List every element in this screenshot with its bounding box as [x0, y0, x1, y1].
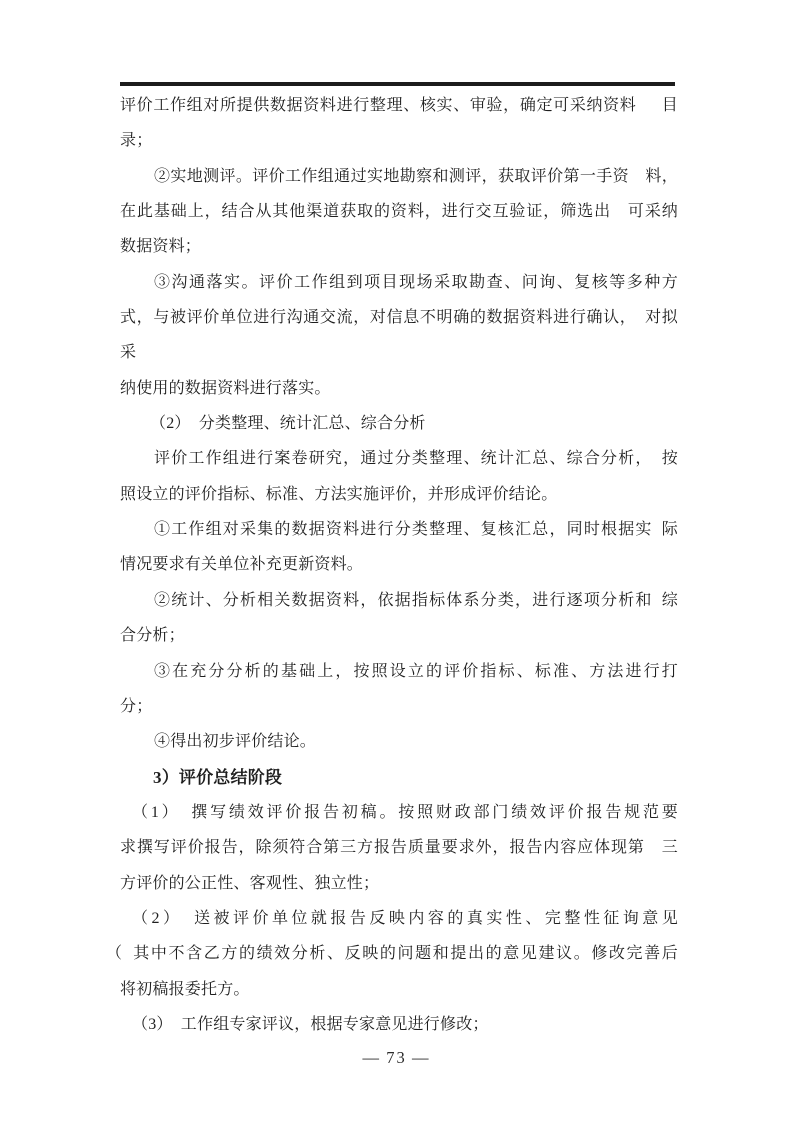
text-line: ②统计、分析相关数据资料，依据指标体系分类，进行逐项分析和 综 [120, 583, 678, 618]
text-line: 评价工作组对所提供数据资料进行整理、核实、审验，确定可采纳资料 目 [120, 88, 678, 123]
text-line: ①工作组对采集的数据资料进行分类整理、复核汇总，同时根据实 际 [120, 512, 678, 547]
text-line: ③在充分分析的基础上，按照设立的评价指标、标准、方法进行打 [120, 654, 678, 689]
text-line: （2） 分类整理、统计汇总、综合分析 [120, 406, 678, 441]
text-line: （3） 工作组专家评议，根据专家意见进行修改； [120, 1007, 678, 1042]
text-line: 录； [120, 123, 678, 158]
text-line: 式，与被评价单位进行沟通交流，对信息不明确的数据资料进行确认， 对拟采 [120, 300, 678, 371]
text-line: 数据资料； [120, 229, 678, 264]
text-line: （ 其中不含乙方的绩效分析、反映的问题和提出的意见建议。修改完善后 [106, 936, 678, 971]
text-line: 情况要求有关单位补充更新资料。 [120, 547, 678, 582]
text-line: （2） 送被评价单位就报告反映内容的真实性、完整性征询意见 [120, 901, 678, 936]
text-line: 照设立的评价指标、标准、方法实施评价，并形成评价结论。 [120, 477, 678, 512]
text-line: 在此基础上，结合从其他渠道获取的资料，进行交互验证，筛选出 可采纳 [120, 194, 678, 229]
text-line: 求撰写评价报告，除须符合第三方报告质量要求外，报告内容应体现第 三 [120, 830, 678, 865]
header-rule [120, 82, 675, 86]
text-line: 方评价的公正性、客观性、独立性； [120, 866, 678, 901]
section-heading: 3）评价总结阶段 [120, 760, 678, 795]
text-line: 评价工作组进行案卷研究，通过分类整理、统计汇总、综合分析， 按 [120, 441, 678, 476]
text-line: 纳使用的数据资料进行落实。 [120, 371, 678, 406]
text-line: ③沟通落实。评价工作组到项目现场采取勘查、问询、复核等多种方 [120, 265, 678, 300]
document-body: 评价工作组对所提供数据资料进行整理、核实、审验，确定可采纳资料 目录；②实地测评… [120, 88, 678, 1042]
page-number: — 73 — [0, 1048, 793, 1068]
text-line: 分； [120, 689, 678, 724]
document-page: 评价工作组对所提供数据资料进行整理、核实、审验，确定可采纳资料 目录；②实地测评… [0, 0, 793, 1122]
text-line: 将初稿报委托方。 [120, 972, 678, 1007]
text-line: （1） 撰写绩效评价报告初稿。按照财政部门绩效评价报告规范要 [120, 795, 678, 830]
text-line: ④得出初步评价结论。 [120, 724, 678, 759]
text-line: ②实地测评。评价工作组通过实地勘察和测评，获取评价第一手资 料， [120, 159, 678, 194]
text-line: 合分析； [120, 618, 678, 653]
